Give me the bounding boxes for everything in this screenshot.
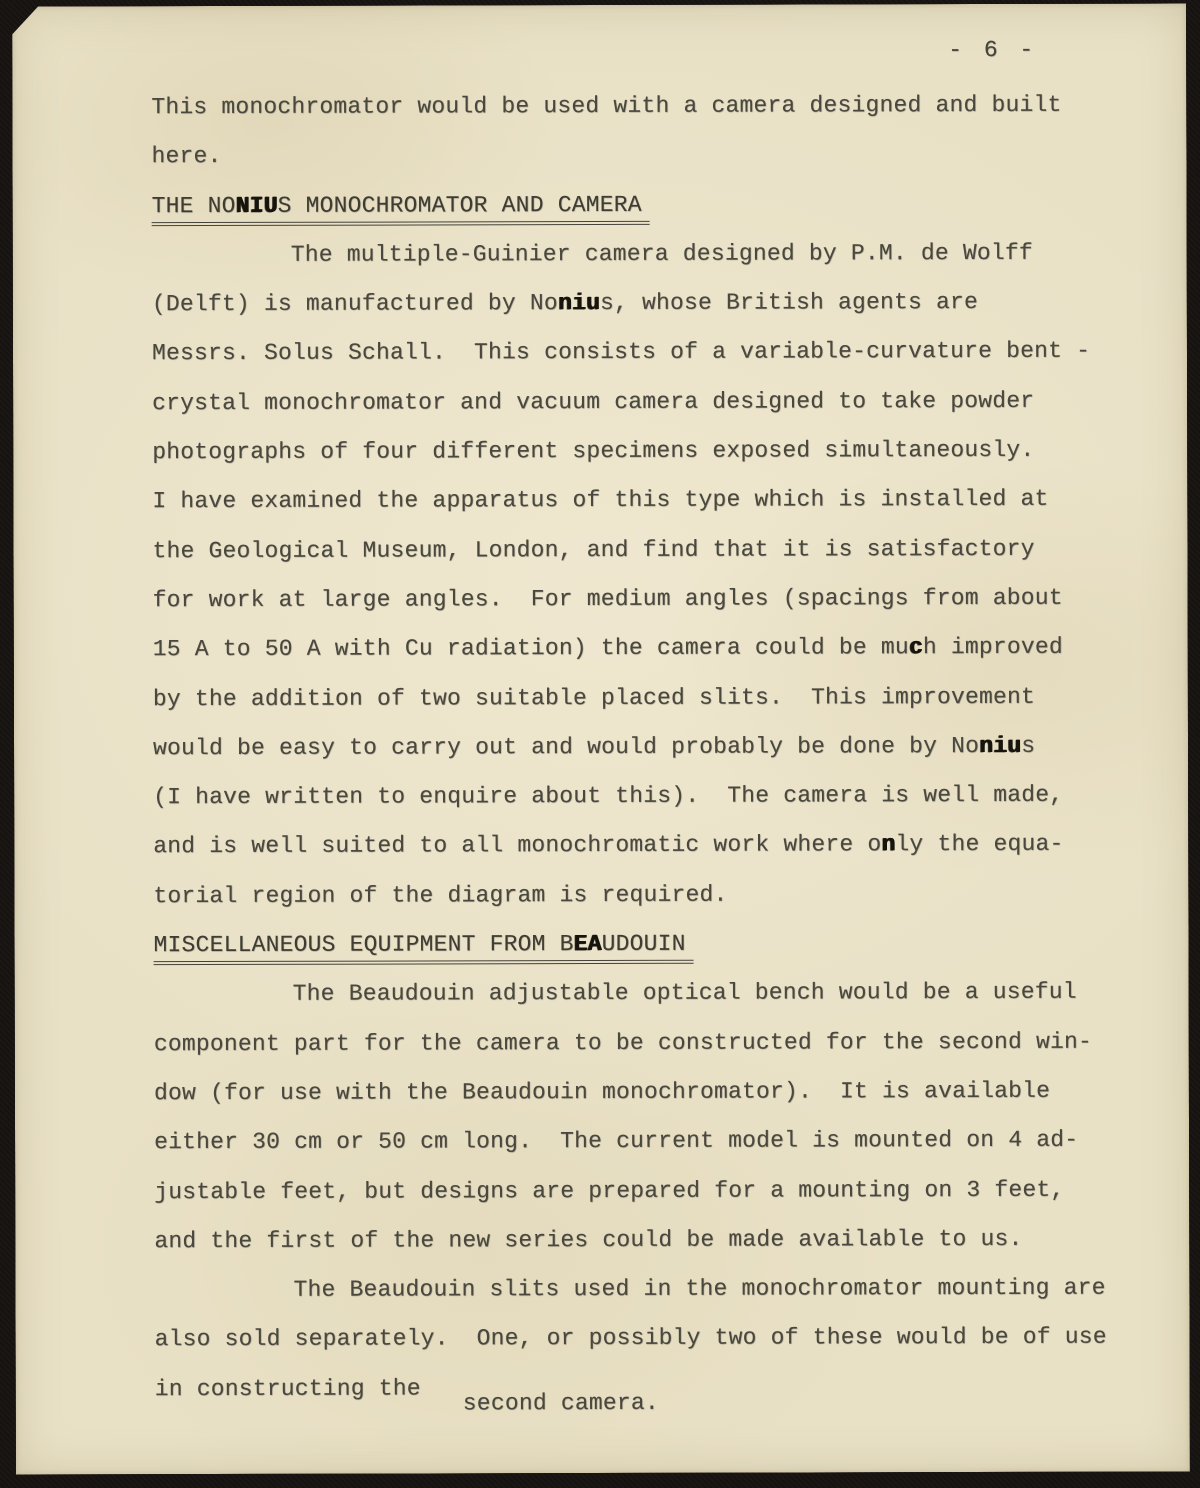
- text-line: by the addition of two suitable placed s…: [153, 683, 1143, 735]
- overtyped-correction: n: [881, 832, 895, 858]
- heading-underline: MISCELLANEOUS EQUIPMENT FROM BEAUDOUIN: [154, 931, 694, 965]
- text-line: I have examined the apparatus of this ty…: [152, 486, 1142, 538]
- text-line: The Beaudouin adjustable optical bench w…: [154, 979, 1144, 1031]
- text-segment: dow (for use with the Beaudouin monochro…: [154, 1078, 1050, 1106]
- text-segment: justable feet, but designs are prepared …: [154, 1176, 1064, 1204]
- text-segment: by the addition of two suitable placed s…: [153, 683, 1035, 711]
- text-line: would be easy to carry out and would pro…: [153, 732, 1143, 784]
- overtyped-correction: niu: [979, 733, 1021, 759]
- text-segment: ly the equa-: [895, 831, 1063, 857]
- text-segment: S MONOCHROMATOR AND CAMERA: [278, 191, 642, 218]
- text-line: in constructing the second camera.: [155, 1373, 1145, 1425]
- text-line: (I have written to enquire about this). …: [153, 782, 1143, 834]
- text-segment: the Geological Museum, London, and find …: [152, 536, 1034, 564]
- text-segment: would be easy to carry out and would pro…: [153, 733, 979, 761]
- text-segment: I have examined the apparatus of this ty…: [152, 486, 1048, 514]
- text-line: for work at large angles. For medium ang…: [153, 585, 1143, 637]
- text-segment: UDOUIN: [602, 931, 686, 957]
- text-segment: also sold separately. One, or possibly t…: [155, 1324, 1107, 1352]
- heading-underline: THE NONIUS MONOCHROMATOR AND CAMERA: [152, 191, 650, 225]
- text-segment: MISCELLANEOUS EQUIPMENT FROM B: [154, 931, 574, 958]
- document-body: This monochromator would be used with a …: [151, 92, 1144, 1426]
- overtyped-correction: EA: [574, 931, 602, 957]
- text-segment: s: [1021, 733, 1035, 759]
- text-segment: THE NO: [152, 193, 236, 219]
- text-segment: 15 A to 50 A with Cu radiation) the came…: [153, 634, 909, 662]
- text-segment: (I have written to enquire about this). …: [153, 782, 1063, 810]
- text-segment: crystal monochromator and vacuum camera …: [152, 388, 1034, 416]
- scan-background: - 6 - This monochromator would be used w…: [0, 0, 1200, 1488]
- text-segment: (Delft) is manufactured by No: [152, 290, 558, 317]
- text-line: 15 A to 50 A with Cu radiation) the came…: [153, 634, 1143, 686]
- text-line: component part for the camera to be cons…: [154, 1028, 1144, 1080]
- text-line: dow (for use with the Beaudouin monochro…: [154, 1078, 1144, 1130]
- text-line: torial region of the diagram is required…: [153, 880, 1143, 932]
- text-segment: This monochromator would be used with a …: [151, 92, 1061, 120]
- text-segment: in constructing the: [155, 1375, 421, 1402]
- text-segment: The Beaudouin adjustable optical bench w…: [293, 979, 1077, 1007]
- text-segment: and the first of the new series could be…: [154, 1226, 1022, 1254]
- text-segment: photographs of four different specimens …: [152, 437, 1034, 465]
- text-line: The Beaudouin slits used in the monochro…: [154, 1275, 1144, 1327]
- text-segment: s, whose British agents are: [600, 289, 978, 316]
- text-line: and is well suited to all monochromatic …: [153, 831, 1143, 883]
- text-segment: here.: [151, 143, 221, 169]
- overtyped-correction: niu: [558, 290, 600, 316]
- text-segment: h improved: [923, 634, 1063, 660]
- text-line: photographs of four different specimens …: [152, 437, 1142, 489]
- text-line: either 30 cm or 50 cm long. The current …: [154, 1127, 1144, 1179]
- text-segment: The multiple-Guinier camera designed by …: [291, 240, 1033, 268]
- text-segment: component part for the camera to be cons…: [154, 1028, 1092, 1056]
- text-line: here.: [151, 141, 1141, 193]
- text-line: the Geological Museum, London, and find …: [152, 535, 1142, 587]
- text-line: crystal monochromator and vacuum camera …: [152, 387, 1142, 439]
- overtyped-correction: c: [909, 634, 923, 660]
- text-segment: either 30 cm or 50 cm long. The current …: [154, 1127, 1078, 1155]
- section-heading: THE NONIUS MONOCHROMATOR AND CAMERA: [152, 190, 1142, 242]
- text-line: (Delft) is manufactured by Nonius, whose…: [152, 289, 1142, 341]
- text-line: Messrs. Solus Schall. This consists of a…: [152, 338, 1142, 390]
- text-segment: The Beaudouin slits used in the monochro…: [293, 1275, 1105, 1303]
- text-line: justable feet, but designs are prepared …: [154, 1176, 1144, 1228]
- page-number: - 6 -: [948, 37, 1037, 63]
- text-line: also sold separately. One, or possibly t…: [155, 1324, 1145, 1376]
- text-segment: for work at large angles. For medium ang…: [153, 585, 1063, 613]
- text-line: This monochromator would be used with a …: [151, 92, 1141, 144]
- text-segment: and is well suited to all monochromatic …: [153, 832, 881, 860]
- text-line: The multiple-Guinier camera designed by …: [152, 239, 1142, 291]
- overtyped-correction: NIU: [236, 192, 278, 218]
- misaligned-text: second camera.: [421, 1390, 659, 1417]
- text-line: and the first of the new series could be…: [154, 1225, 1144, 1277]
- text-segment: Messrs. Solus Schall. This consists of a…: [152, 338, 1090, 366]
- document-page: - 6 - This monochromator would be used w…: [12, 3, 1190, 1474]
- section-heading: MISCELLANEOUS EQUIPMENT FROM BEAUDOUIN: [154, 930, 1144, 982]
- text-segment: torial region of the diagram is required…: [153, 881, 727, 909]
